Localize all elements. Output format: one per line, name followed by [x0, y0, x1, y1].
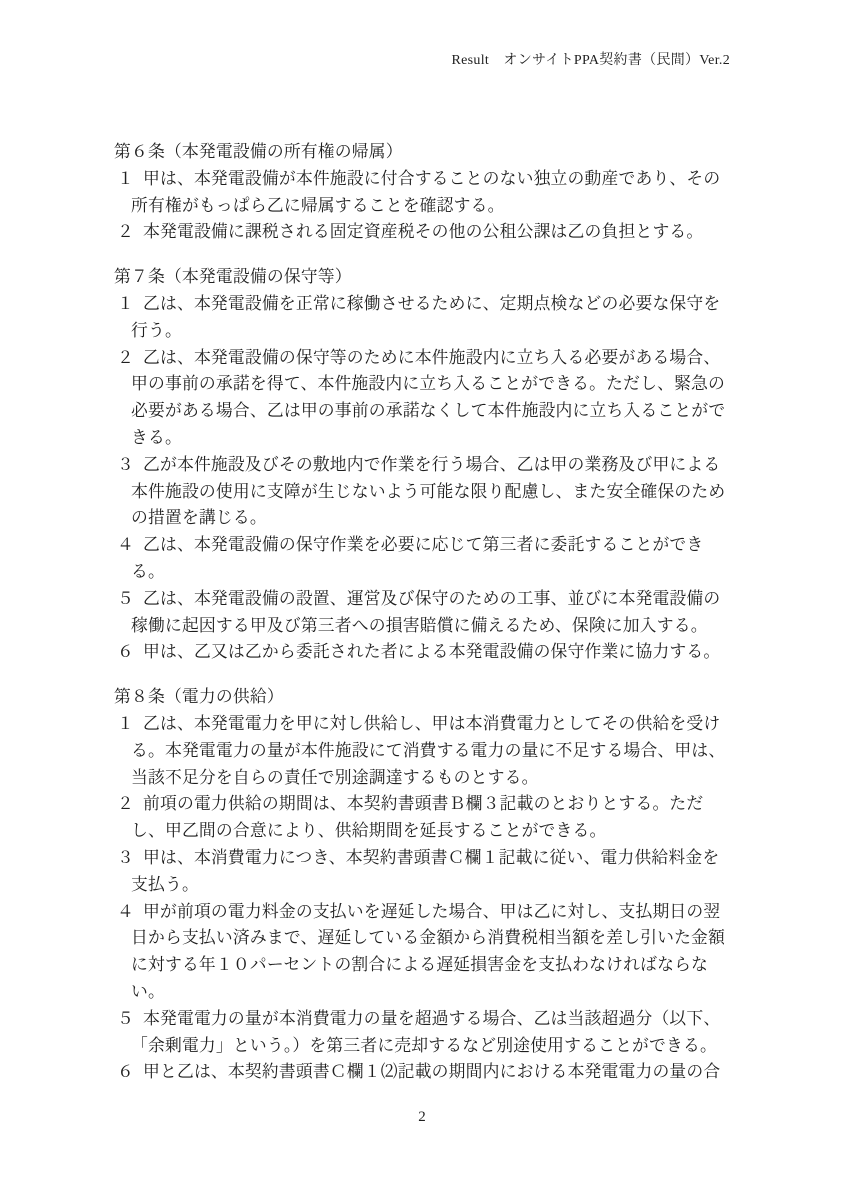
- clause-number: １: [114, 291, 143, 318]
- clause-text: 乙は、本発電設備の保守作業を必要に応じて第三者に委託することができ: [143, 535, 703, 554]
- clause-text: 甲が前項の電力料金の支払いを遅延した場合、甲は乙に対し、支払期日の翌: [143, 902, 720, 921]
- article-heading: 第６条（本発電設備の所有権の帰属）: [114, 139, 774, 166]
- clause-number: ２: [114, 219, 143, 246]
- clause-line: １乙は、本発電電力を甲に対し供給し、甲は本消費電力としてその供給を受け: [114, 711, 774, 738]
- clause-line: 日から支払い済みまで、遅延している金額から消費税相当額を差し引いた金額: [114, 925, 774, 952]
- clause-text: 乙は、本発電設備を正常に稼働させるために、定期点検などの必要な保守を: [143, 294, 720, 313]
- clause-line: し、甲乙間の合意により、供給期間を延長することができる。: [114, 818, 774, 845]
- clause-line: ３乙が本件施設及びその敷地内で作業を行う場合、乙は甲の業務及び甲による: [114, 452, 774, 479]
- clause-text: 本発電電力の量が本消費電力の量を超過する場合、乙は当該超過分（以下、: [143, 1009, 720, 1028]
- clause-text: 甲は、本発電設備が本件施設に付合することのない独立の動産であり、その: [143, 169, 720, 188]
- clause-text: 甲と乙は、本契約書頭書Ｃ欄１⑵記載の期間内における本発電電力の量の合: [143, 1062, 720, 1081]
- clause-line: ５本発電電力の量が本消費電力の量を超過する場合、乙は当該超過分（以下、: [114, 1006, 774, 1033]
- clause-line: 当該不足分を自らの責任で別途調達するものとする。: [114, 765, 774, 792]
- clause-text: 前項の電力供給の期間は、本契約書頭書Ｂ欄３記載のとおりとする。ただ: [143, 794, 703, 813]
- clause-line: る。本発電電力の量が本件施設にて消費する電力の量に不足する場合、甲は、: [114, 738, 774, 765]
- clause-line: １甲は、本発電設備が本件施設に付合することのない独立の動産であり、その: [114, 166, 774, 193]
- clause-line: ２前項の電力供給の期間は、本契約書頭書Ｂ欄３記載のとおりとする。ただ: [114, 791, 774, 818]
- clause-text: 乙が本件施設及びその敷地内で作業を行う場合、乙は甲の業務及び甲による: [143, 455, 720, 474]
- document-header: Result オンサイトPPA契約書（民間）Ver.2: [452, 49, 730, 69]
- clause-number: ２: [114, 345, 143, 372]
- clause-number: ６: [114, 639, 143, 666]
- clause-line: ６甲と乙は、本契約書頭書Ｃ欄１⑵記載の期間内における本発電電力の量の合: [114, 1059, 774, 1086]
- clause-line: １乙は、本発電設備を正常に稼働させるために、定期点検などの必要な保守を: [114, 291, 774, 318]
- clause-line: に対する年１０パーセントの割合による遅延損害金を支払わなければならな: [114, 952, 774, 979]
- clause-number: ２: [114, 791, 143, 818]
- clause-line: 甲の事前の承諾を得て、本件施設内に立ち入ることができる。ただし、緊急の: [114, 371, 774, 398]
- clause-line: 稼働に起因する甲及び第三者への損害賠償に備えるため、保険に加入する。: [114, 613, 774, 640]
- clause-number: １: [114, 711, 143, 738]
- clause-number: ５: [114, 586, 143, 613]
- clause-line: ４乙は、本発電設備の保守作業を必要に応じて第三者に委託することができ: [114, 532, 774, 559]
- clause-line: 行う。: [114, 318, 774, 345]
- clause-text: 乙は、本発電設備の設置、運営及び保守のための工事、並びに本発電設備の: [143, 589, 720, 608]
- clause-line: 支払う。: [114, 872, 774, 899]
- clause-number: ５: [114, 1006, 143, 1033]
- contract-page: Result オンサイトPPA契約書（民間）Ver.2 第６条（本発電設備の所有…: [0, 0, 849, 1200]
- clause-text: 甲は、乙又は乙から委託された者による本発電設備の保守作業に協力する。: [143, 642, 720, 661]
- clause-line: 本件施設の使用に支障が生じないよう可能な限り配慮し、また安全確保のため: [114, 479, 774, 506]
- clause-line: きる。: [114, 425, 774, 452]
- article-heading: 第８条（電力の供給）: [114, 684, 774, 711]
- page-number: 2: [114, 1109, 730, 1126]
- clause-text: 乙は、本発電電力を甲に対し供給し、甲は本消費電力としてその供給を受け: [143, 714, 720, 733]
- clause-line: い。: [114, 979, 774, 1006]
- clause-number: ４: [114, 899, 143, 926]
- contract-article: 第８条（電力の供給）１乙は、本発電電力を甲に対し供給し、甲は本消費電力としてその…: [114, 684, 774, 1086]
- clause-line: る。: [114, 559, 774, 586]
- clause-number: ３: [114, 845, 143, 872]
- clause-line: の措置を講じる。: [114, 505, 774, 532]
- clause-number: ６: [114, 1059, 143, 1086]
- clause-number: ４: [114, 532, 143, 559]
- clause-text: 本発電設備に課税される固定資産税その他の公租公課は乙の負担とする。: [143, 222, 703, 241]
- clause-line: ２乙は、本発電設備の保守等のために本件施設内に立ち入る必要がある場合、: [114, 345, 774, 372]
- clause-text: 甲は、本消費電力につき、本契約書頭書Ｃ欄１記載に従い、電力供給料金を: [143, 848, 719, 867]
- clause-line: ２本発電設備に課税される固定資産税その他の公租公課は乙の負担とする。: [114, 219, 774, 246]
- clause-number: ３: [114, 452, 143, 479]
- clause-line: ５乙は、本発電設備の設置、運営及び保守のための工事、並びに本発電設備の: [114, 586, 774, 613]
- clause-number: １: [114, 166, 143, 193]
- clause-line: ４甲が前項の電力料金の支払いを遅延した場合、甲は乙に対し、支払期日の翌: [114, 899, 774, 926]
- clause-line: 所有権がもっぱら乙に帰属することを確認する。: [114, 193, 774, 220]
- contract-article: 第６条（本発電設備の所有権の帰属）１甲は、本発電設備が本件施設に付合することのな…: [114, 139, 774, 246]
- contract-article: 第７条（本発電設備の保守等）１乙は、本発電設備を正常に稼働させるために、定期点検…: [114, 264, 774, 666]
- clause-line: 「余剰電力」という。）を第三者に売却するなど別途使用することができる。: [114, 1033, 774, 1060]
- clause-line: ６甲は、乙又は乙から委託された者による本発電設備の保守作業に協力する。: [114, 639, 774, 666]
- article-heading: 第７条（本発電設備の保守等）: [114, 264, 774, 291]
- clause-line: ３甲は、本消費電力につき、本契約書頭書Ｃ欄１記載に従い、電力供給料金を: [114, 845, 774, 872]
- clause-text: 乙は、本発電設備の保守等のために本件施設内に立ち入る必要がある場合、: [143, 348, 720, 367]
- clause-line: 必要がある場合、乙は甲の事前の承諾なくして本件施設内に立ち入ることがで: [114, 398, 774, 425]
- document-body: 第６条（本発電設備の所有権の帰属）１甲は、本発電設備が本件施設に付合することのな…: [114, 139, 774, 1086]
